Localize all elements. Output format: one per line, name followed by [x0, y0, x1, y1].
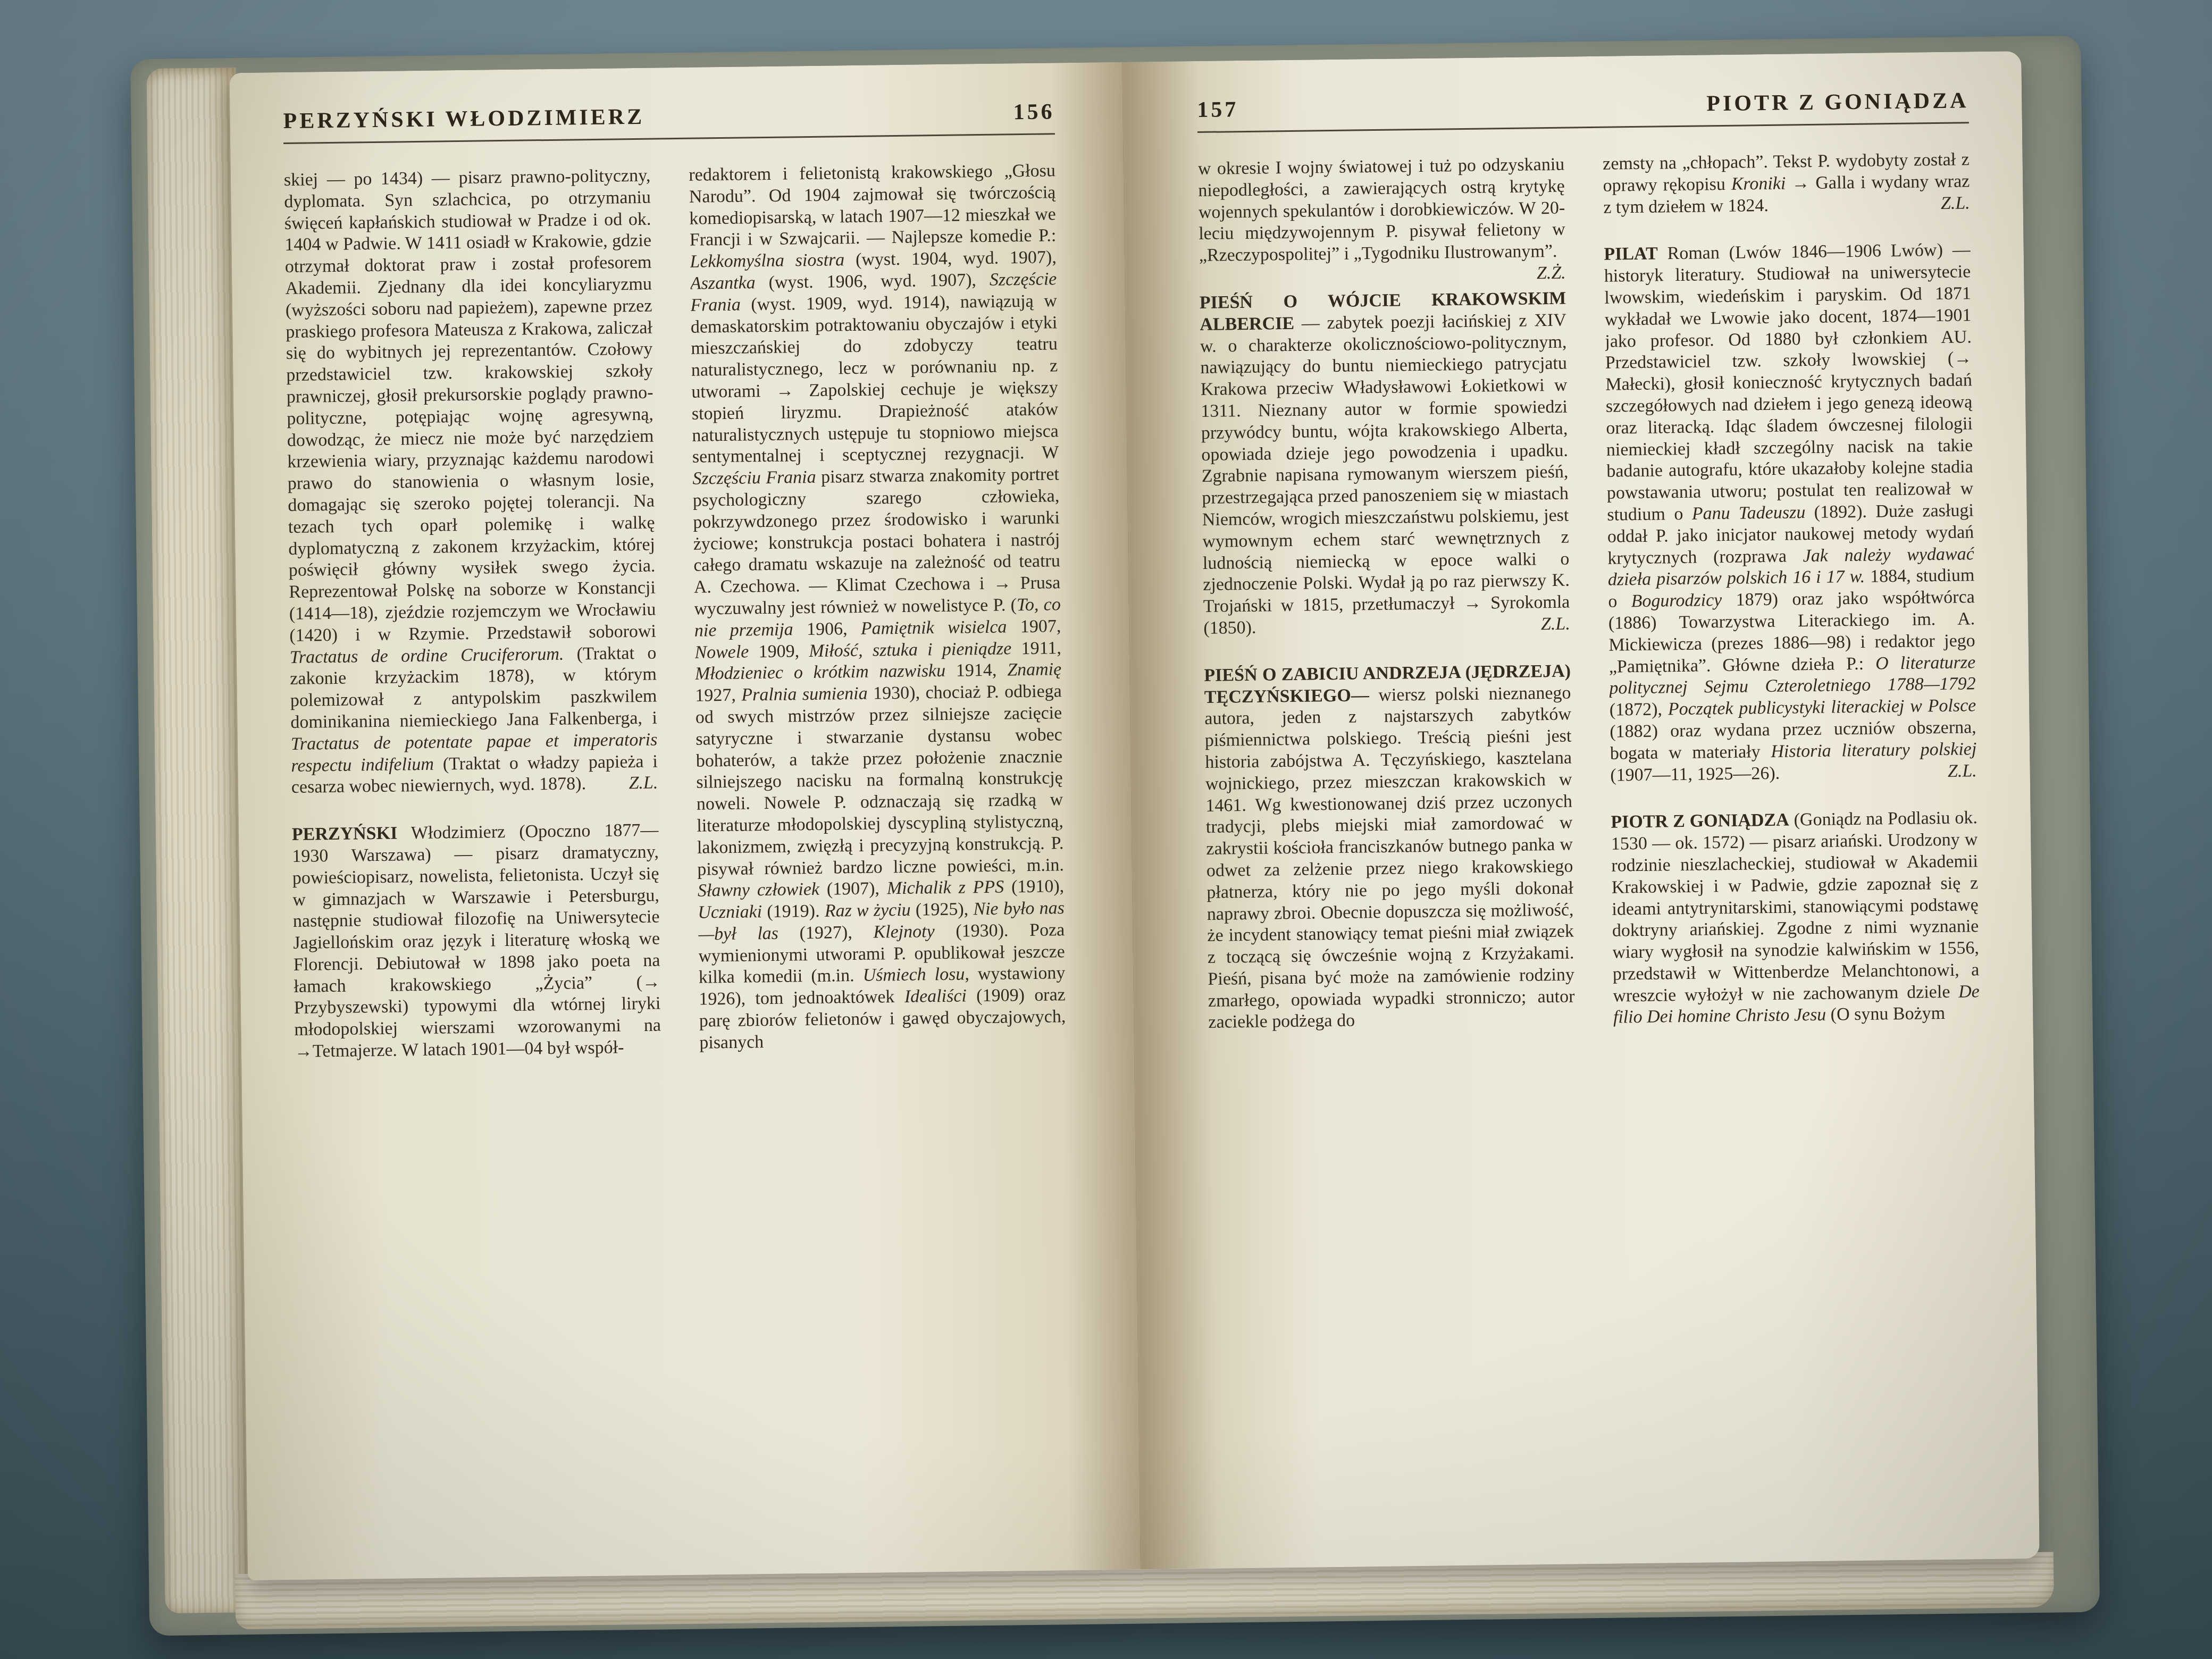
- body-text: (1872),: [1610, 699, 1668, 719]
- work-title: Początek publicystyki literackiej w Pols…: [1668, 696, 1976, 719]
- body-text: w okresie I wojny światowej i tuż po odz…: [1198, 155, 1565, 266]
- left-page-header: PERZYŃSKI WŁODZIMIERZ 156: [283, 99, 1054, 134]
- work-title: Aszantka: [690, 273, 756, 293]
- work-title: Tractatus de ordine Cruciferorum.: [290, 644, 564, 667]
- author-initials: Z.L.: [1541, 613, 1570, 635]
- left-page: PERZYŃSKI WŁODZIMIERZ 156 skiej — po 143…: [229, 62, 1141, 1580]
- body-text: (1910),: [1004, 877, 1064, 897]
- body-text: 1914,: [945, 660, 1008, 681]
- work-title: Idealiści: [904, 986, 967, 1007]
- paragraph: PIEŚŃ O WÓJCIE KRAKOWSKIM ALBERCIE — zab…: [1200, 288, 1570, 640]
- work-title: Pralnia sumienia: [741, 684, 868, 705]
- entry-headword: PILAT: [1604, 244, 1658, 264]
- author-initials: Z.L.: [629, 773, 658, 794]
- paragraph: skiej — po 1434) — pisarz prawno-polityc…: [284, 165, 658, 799]
- text-column-2: redaktorem i felietonistą krakowskiego „…: [689, 160, 1066, 1058]
- body-text: (1927),: [778, 922, 874, 943]
- body-text: (Goniądz na Podlasiu ok. 1530 — ok. 1572…: [1611, 808, 1980, 1006]
- work-title: Uczniaki: [698, 902, 762, 922]
- right-page: 157 PIOTR Z GONIĄDZA w okresie I wojny ś…: [1122, 51, 2040, 1569]
- work-title: Miłość, sztuka i pieniądze: [809, 639, 1011, 661]
- author-initials: Z.L.: [1941, 192, 1970, 214]
- body-text: (O synu Bożym: [1826, 1003, 1945, 1025]
- open-pages: PERZYŃSKI WŁODZIMIERZ 156 skiej — po 143…: [229, 51, 2039, 1580]
- body-text: redaktorem i felietonistą krakowskiego „…: [689, 161, 1056, 250]
- book-photo-scene: PERZYŃSKI WŁODZIMIERZ 156 skiej — po 143…: [0, 0, 2212, 1659]
- paragraph: w okresie I wojny światowej i tuż po odz…: [1198, 154, 1566, 267]
- body-text: 1906,: [793, 619, 861, 640]
- work-title: Historia literatury polskiej: [1771, 739, 1976, 761]
- body-text: 1927,: [695, 685, 742, 706]
- open-book: PERZYŃSKI WŁODZIMIERZ 156 skiej — po 143…: [115, 17, 2118, 1644]
- body-text: (wyst. 1906, wyd. 1907),: [755, 270, 990, 292]
- paragraph: PERZYŃSKI Włodzimierz (Opoczno 1877—1930…: [292, 820, 661, 1063]
- paragraph: PIOTR Z GONIĄDZA (Goniądz na Podlasiu ok…: [1611, 808, 1980, 1029]
- body-text: — zabytek poezji łacińskiej z XIV w. o c…: [1200, 310, 1570, 638]
- body-text: (1925),: [911, 899, 974, 919]
- paragraph: PIEŚŃ O ZABICIU ANDRZEJA (JĘDRZEJA) TĘCZ…: [1204, 660, 1575, 1034]
- paragraph: redaktorem i felietonistą krakowskiego „…: [689, 160, 1066, 1054]
- header-rule-left: [283, 133, 1055, 144]
- right-page-header: 157 PIOTR Z GONIĄDZA: [1197, 88, 1968, 123]
- work-title: Bogurodzicy: [1631, 590, 1722, 611]
- paragraph: zemsty na „chłopach”. Tekst P. wydobyty …: [1603, 149, 1970, 219]
- body-text: (1907),: [819, 879, 887, 900]
- work-title: Pamiętnik wisielca: [861, 617, 1007, 638]
- body-text: Roman (Lwów 1846—1906 Lwów) — historyk l…: [1604, 240, 1974, 525]
- body-text: (wyst. 1904, wyd. 1907),: [844, 247, 1057, 270]
- work-title: Uśmiech losu: [862, 965, 965, 985]
- work-title: Raz w życiu: [825, 900, 911, 921]
- text-column-1: skiej — po 1434) — pisarz prawno-polityc…: [284, 165, 661, 1063]
- body-text: (wyst. 1909, wyd. 1914), nawiązują w dem…: [691, 291, 1059, 467]
- body-text: 1909,: [749, 641, 809, 661]
- right-page-columns: w okresie I wojny światowej i tuż po odz…: [1198, 149, 1980, 1034]
- work-title: Młodzieniec o krótkim nazwisku: [695, 661, 946, 684]
- running-head-right: PIOTR Z GONIĄDZA: [1706, 88, 1969, 116]
- author-initials: Z.Ż.: [1537, 263, 1566, 284]
- body-text: 1911,: [1011, 638, 1061, 658]
- body-text: 1907,: [1007, 616, 1061, 636]
- running-head-left: PERZYŃSKI WŁODZIMIERZ: [283, 104, 644, 134]
- paragraph: PILAT Roman (Lwów 1846—1906 Lwów) — hist…: [1604, 240, 1977, 786]
- page-number-right: 157: [1197, 97, 1239, 123]
- work-title: Sławny człowiek: [698, 879, 820, 901]
- author-initials: Z.L.: [1948, 760, 1977, 782]
- work-title: Szczęściu Frania: [692, 467, 816, 489]
- body-text: 1930), chociaż P. odbiega od swych mistr…: [696, 681, 1064, 879]
- entry-headword: PIOTR Z GONIĄDZA: [1611, 810, 1789, 832]
- work-title: Michalik z PPS: [887, 877, 1004, 899]
- body-text: wiersz polski nieznanego autora, jeden z…: [1204, 683, 1574, 1032]
- work-title: Panu Tadeuszu: [1692, 502, 1806, 524]
- left-page-columns: skiej — po 1434) — pisarz prawno-polityc…: [284, 160, 1066, 1062]
- body-text: (1919).: [762, 901, 825, 921]
- text-column-3: w okresie I wojny światowej i tuż po odz…: [1198, 154, 1576, 1034]
- work-title: Nowele: [694, 642, 749, 662]
- body-text: skiej — po 1434) — pisarz prawno-polityc…: [284, 166, 656, 646]
- body-text: Włodzimierz (Opoczno 1877—1930 Warszawa)…: [292, 820, 661, 1061]
- spine-shadow: [1051, 61, 1218, 1570]
- body-text: (1907—11, 1925—26).: [1610, 763, 1780, 785]
- page-number-left: 156: [1013, 99, 1055, 125]
- work-title: Znamię: [1007, 660, 1061, 680]
- work-title: Kroniki: [1731, 173, 1786, 194]
- header-rule-right: [1197, 122, 1969, 133]
- work-title: Klejnoty: [873, 921, 935, 942]
- text-column-4: zemsty na „chłopach”. Tekst P. wydobyty …: [1603, 149, 1980, 1029]
- entry-headword: PERZYŃSKI: [292, 824, 398, 844]
- work-title: Lekkomyślna siostra: [690, 250, 844, 272]
